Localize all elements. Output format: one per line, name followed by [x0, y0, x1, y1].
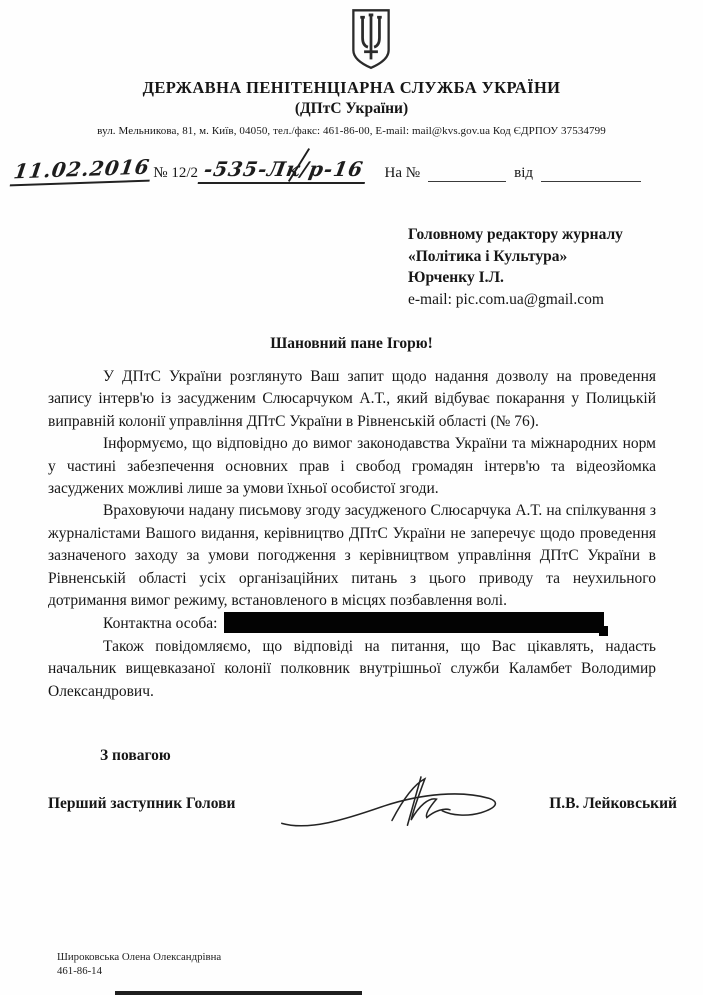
letterhead: ДЕРЖАВНА ПЕНІТЕНЦІАРНА СЛУЖБА УКРАЇНИ (Д…	[0, 0, 703, 137]
executor-name: Широковська Олена Олександрівна	[57, 950, 221, 964]
executor-phone: 461-86-14	[57, 964, 221, 978]
reply-date-blank	[541, 167, 641, 182]
coat-of-arms-icon	[348, 7, 394, 75]
letter-body: У ДПтС України розглянуто Ваш запит щодо…	[48, 366, 656, 703]
reply-reference: На № від	[385, 165, 641, 184]
signer-title: Перший заступник Голови	[48, 795, 235, 813]
reply-number-blank	[428, 167, 506, 182]
handwritten-date: 11.02.2016	[10, 155, 154, 187]
valediction: З повагою	[100, 747, 703, 765]
handwritten-number: -535-Лк/р-16	[198, 157, 370, 184]
reference-row: 11.02.2016 № 12/2 -535-Лк/р-16 На № від	[12, 154, 641, 184]
org-name: ДЕРЖАВНА ПЕНІТЕНЦІАРНА СЛУЖБА УКРАЇНИ	[0, 78, 703, 98]
reply-from-label: від	[514, 165, 533, 182]
reply-to-label: На №	[385, 165, 421, 182]
addressee-email: e-mail: pic.com.ua@gmail.com	[408, 289, 703, 311]
paragraph-1: У ДПтС України розглянуто Ваш запит щодо…	[48, 366, 656, 433]
contact-person-label: Контактна особа:	[103, 615, 217, 632]
signer-name: П.В. Лейковський	[549, 795, 677, 813]
paragraph-3: Враховуючи надану письмову згоду засудже…	[48, 500, 656, 612]
signature-icon	[274, 775, 510, 833]
scan-edge-artifact	[115, 991, 362, 995]
contact-person-row: Контактна особа:	[48, 612, 656, 635]
redaction-bar	[224, 612, 604, 633]
addressee-line1: Головному редактору журналу	[408, 224, 703, 246]
addressee-line2: «Політика і Культура»	[408, 246, 703, 268]
printed-number-prefix: № 12/2	[153, 165, 198, 182]
scanned-letter-page: ДЕРЖАВНА ПЕНІТЕНЦІАРНА СЛУЖБА УКРАЇНИ (Д…	[0, 0, 703, 995]
paragraph-4: Також повідомляємо, що відповіді на пита…	[48, 636, 656, 703]
handwritten-number-text: -535-Лк/р-16	[202, 157, 365, 181]
org-contact-line: вул. Мельникова, 81, м. Київ, 04050, тел…	[0, 125, 703, 137]
addressee-block: Головному редактору журналу «Політика і …	[408, 224, 703, 310]
addressee-line3: Юрченку І.Л.	[408, 267, 703, 289]
paragraph-2: Інформуємо, що відповідно до вимог закон…	[48, 433, 656, 500]
outgoing-number: 11.02.2016 № 12/2 -535-Лк/р-16	[12, 157, 367, 184]
org-short-name: (ДПтС України)	[0, 100, 703, 118]
salutation: Шановний пане Ігорю!	[0, 335, 703, 353]
signature-row: Перший заступник Голови П.В. Лейковський	[48, 775, 677, 833]
executor-footer: Широковська Олена Олександрівна 461-86-1…	[57, 950, 221, 978]
